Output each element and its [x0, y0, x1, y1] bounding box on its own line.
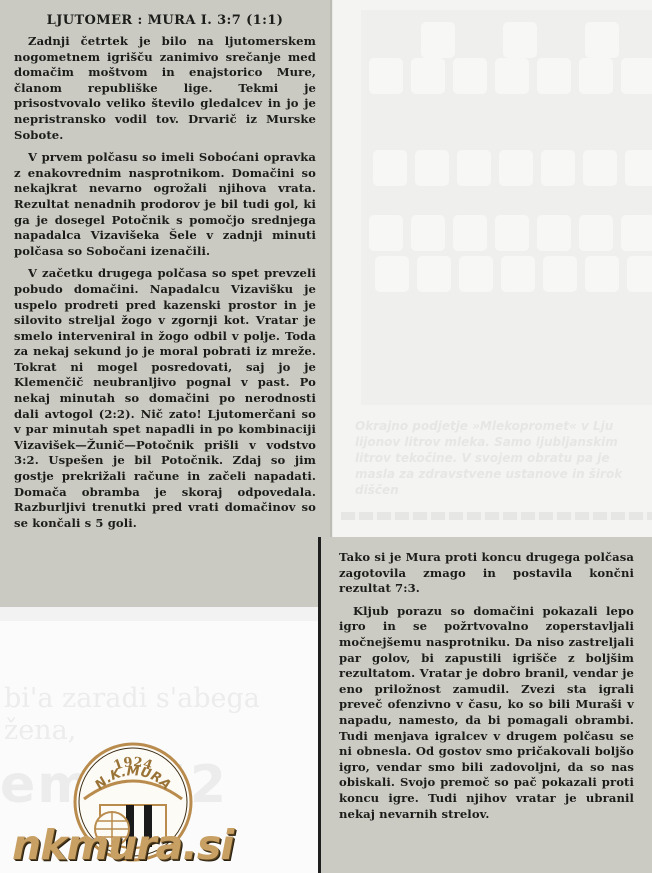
article-paragraph-1: Zadnji četrtek je bilo na ljutomerskem n…: [14, 34, 316, 143]
faded-bottle-row: [375, 256, 652, 292]
article-paragraph-3: V začetku drugega polčasa so spet prevze…: [14, 266, 316, 531]
article-paragraph-5: Kljub porazu so domačini pokazali lepo i…: [339, 604, 634, 822]
faded-text-line: žena,: [4, 715, 76, 746]
faded-photo-caption: Okrajno podjetje »Mlekopromet« v Lju lij…: [355, 418, 652, 498]
background-faded-page: bi'a zaradi s'abega žena, em 952 1924 N.…: [0, 607, 318, 873]
decorative-border: [341, 512, 652, 520]
article-paragraph-4: Tako si je Mura proti koncu drugega polč…: [339, 550, 634, 597]
nkmura-site-logo-text: nkmura.si: [12, 821, 233, 869]
article-headline: LJUTOMER : MURA I. 3:7 (1:1): [14, 12, 316, 30]
faded-bottle-row: [369, 215, 652, 251]
faded-bottle-row: [421, 22, 619, 58]
faded-bottle-row: [369, 58, 652, 94]
article-clipping-right: Tako si je Mura proti koncu drugega polč…: [318, 537, 652, 873]
faded-photo: [361, 10, 652, 405]
faded-bottle-row: [373, 150, 652, 186]
divider: [0, 607, 318, 621]
article-clipping-left: LJUTOMER : MURA I. 3:7 (1:1) Zadnji četr…: [0, 0, 330, 610]
article-paragraph-2: V prvem polčasu so imeli Soboćani opravk…: [14, 150, 316, 259]
faded-text-line: bi'a zaradi s'abega: [4, 683, 260, 714]
background-faded-photo-panel: Okrajno podjetje »Mlekopromet« v Lju lij…: [332, 0, 652, 537]
